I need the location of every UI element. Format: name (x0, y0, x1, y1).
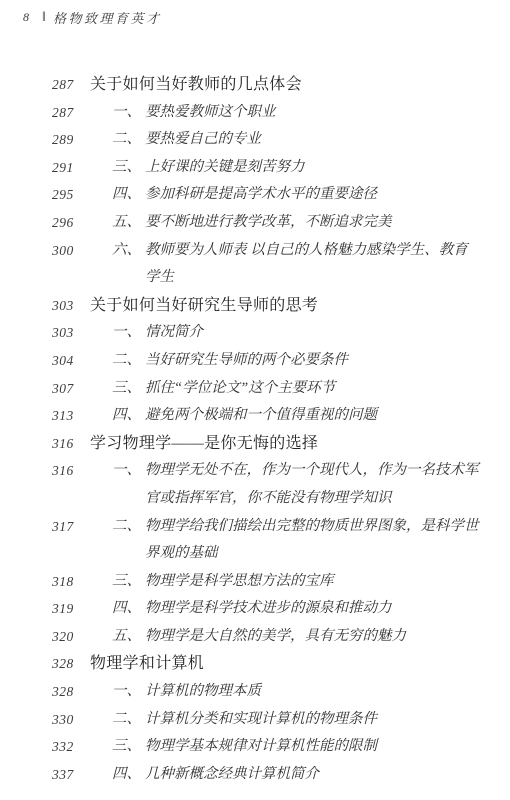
toc-entry-title: 物理学无处不在，作为一个现代人，作为一名技术军官或指挥军官，你不能没有物理学知识 (145, 457, 479, 512)
toc-entry-page-number: 318 (52, 568, 90, 596)
header-page-number: 8 (23, 10, 30, 25)
toc-entry-title: 物理学和计算机 (90, 650, 204, 678)
toc-entry: 319 四、 物理学是科学技术进步的源泉和推动力 (52, 595, 482, 623)
toc-entry: 337 四、 几种新概念经典计算机简介 (52, 761, 482, 789)
double-bar-separator-icon: ‖ (42, 10, 46, 26)
book-page: 8 ‖ 格物致理育英才 287 关于如何当好教师的几点体会 287 一、 要热爱… (0, 0, 510, 800)
toc-entry: 295 四、 参加科研是提高学术水平的重要途径 (52, 181, 482, 209)
toc-entry-page-number: 289 (52, 126, 90, 154)
toc-entry-page-number: 307 (52, 375, 90, 403)
toc-entry-title: 计算机的物理本质 (145, 678, 479, 706)
toc-entry-item-number: 二、 (112, 513, 145, 541)
toc-entry-item-number: 三、 (112, 375, 145, 403)
toc-entry-title: 物理学是科学思想方法的宝库 (145, 568, 479, 596)
toc-list: 287 关于如何当好教师的几点体会 287 一、 要热爱教师这个职业 289 二… (52, 71, 482, 788)
toc-entry-title: 物理学给我们描绘出完整的物质世界图象，是科学世界观的基础 (145, 513, 479, 568)
toc-entry: 296 五、 要不断地进行教学改革，不断追求完美 (52, 209, 482, 237)
toc-entry-title: 参加科研是提高学术水平的重要途径 (145, 181, 479, 209)
toc-entry: 330 二、 计算机分类和实现计算机的物理条件 (52, 706, 482, 734)
toc-entry-item-number: 一、 (112, 99, 145, 127)
toc-entry-item-number: 一、 (112, 457, 145, 485)
toc-entry: 318 三、 物理学是科学思想方法的宝库 (52, 568, 482, 596)
toc-entry-page-number: 330 (52, 706, 90, 734)
toc-entry-item-number: 一、 (112, 678, 145, 706)
toc-entry: 300 六、 教师要为人师表 以自己的人格魅力感染学生、教育学生 (52, 237, 482, 292)
toc-entry-item-number: 三、 (112, 733, 145, 761)
toc-entry-title: 学习物理学——是你无悔的选择 (90, 430, 318, 458)
toc-entry: 328 一、 计算机的物理本质 (52, 678, 482, 706)
toc-entry: 316 一、 物理学无处不在，作为一个现代人，作为一名技术军官或指挥军官，你不能… (52, 457, 482, 512)
toc-entry-page-number: 317 (52, 513, 90, 541)
toc-entry: 303 关于如何当好研究生导师的思考 (52, 292, 482, 320)
toc-entry-title: 上好课的关键是刻苦努力 (145, 154, 479, 182)
toc-entry-title: 教师要为人师表 以自己的人格魅力感染学生、教育学生 (145, 237, 479, 292)
toc-entry: 316 学习物理学——是你无悔的选择 (52, 430, 482, 458)
running-header: 8 ‖ 格物致理育英才 (23, 8, 161, 27)
toc-entry-title: 物理学基本规律对计算机性能的限制 (145, 733, 479, 761)
toc-entry-page-number: 320 (52, 623, 90, 651)
toc-entry: 303 一、 情况简介 (52, 319, 482, 347)
toc-entry-title: 抓住“学位论文”这个主要环节 (145, 375, 479, 403)
toc-entry-page-number: 291 (52, 154, 90, 182)
toc-entry: 313 四、 避免两个极端和一个值得重视的问题 (52, 402, 482, 430)
toc-entry-page-number: 313 (52, 402, 90, 430)
toc-entry-title: 关于如何当好教师的几点体会 (90, 71, 302, 99)
toc-entry-page-number: 316 (52, 430, 90, 458)
toc-entry-page-number: 287 (52, 71, 90, 99)
toc-entry-item-number: 二、 (112, 706, 145, 734)
toc-entry-page-number: 328 (52, 678, 90, 706)
toc-entry: 320 五、 物理学是大自然的美学，具有无穷的魅力 (52, 623, 482, 651)
toc-entry-page-number: 300 (52, 237, 90, 265)
toc-entry-item-number: 六、 (112, 237, 145, 265)
toc-entry-title: 当好研究生导师的两个必要条件 (145, 347, 479, 375)
toc-entry-item-number: 四、 (112, 402, 145, 430)
toc-entry-item-number: 三、 (112, 154, 145, 182)
toc-entry-title: 关于如何当好研究生导师的思考 (90, 292, 318, 320)
toc-entry-title: 避免两个极端和一个值得重视的问题 (145, 402, 479, 430)
toc-entry-page-number: 319 (52, 595, 90, 623)
toc-entry-item-number: 二、 (112, 126, 145, 154)
toc-entry-title: 要热爱自己的专业 (145, 126, 479, 154)
toc-entry-page-number: 337 (52, 761, 90, 789)
toc-entry-title: 计算机分类和实现计算机的物理条件 (145, 706, 479, 734)
toc-entry-page-number: 304 (52, 347, 90, 375)
toc-entry: 307 三、 抓住“学位论文”这个主要环节 (52, 375, 482, 403)
toc-entry: 304 二、 当好研究生导师的两个必要条件 (52, 347, 482, 375)
toc-entry-page-number: 287 (52, 99, 90, 127)
toc-entry-title: 要热爱教师这个职业 (145, 99, 479, 127)
toc-entry-title: 物理学是科学技术进步的源泉和推动力 (145, 595, 479, 623)
toc-entry-title: 物理学是大自然的美学，具有无穷的魅力 (145, 623, 479, 651)
toc-entry-title: 情况简介 (145, 319, 479, 347)
toc-entry-item-number: 一、 (112, 319, 145, 347)
header-book-title: 格物致理育英才 (53, 8, 162, 27)
toc-entry-item-number: 三、 (112, 568, 145, 596)
toc-entry-page-number: 295 (52, 181, 90, 209)
toc-entry-page-number: 303 (52, 292, 90, 320)
toc-entry-page-number: 303 (52, 319, 90, 347)
toc-entry: 328 物理学和计算机 (52, 650, 482, 678)
toc-entry-item-number: 四、 (112, 761, 145, 789)
toc-entry-page-number: 316 (52, 457, 90, 485)
toc-entry-title: 几种新概念经典计算机简介 (145, 761, 479, 789)
toc-entry: 287 一、 要热爱教师这个职业 (52, 99, 482, 127)
toc-entry: 317 二、 物理学给我们描绘出完整的物质世界图象，是科学世界观的基础 (52, 513, 482, 568)
toc-entry: 291 三、 上好课的关键是刻苦努力 (52, 154, 482, 182)
toc-entry-page-number: 332 (52, 733, 90, 761)
toc-entry-title: 要不断地进行教学改革，不断追求完美 (145, 209, 479, 237)
toc-entry-page-number: 296 (52, 209, 90, 237)
toc-entry: 289 二、 要热爱自己的专业 (52, 126, 482, 154)
toc-entry-item-number: 四、 (112, 181, 145, 209)
toc-entry-item-number: 五、 (112, 623, 145, 651)
toc-entry-item-number: 五、 (112, 209, 145, 237)
toc-entry-item-number: 二、 (112, 347, 145, 375)
toc-entry: 287 关于如何当好教师的几点体会 (52, 71, 482, 99)
toc-entry-item-number: 四、 (112, 595, 145, 623)
toc-entry-page-number: 328 (52, 650, 90, 678)
toc-entry: 332 三、 物理学基本规律对计算机性能的限制 (52, 733, 482, 761)
